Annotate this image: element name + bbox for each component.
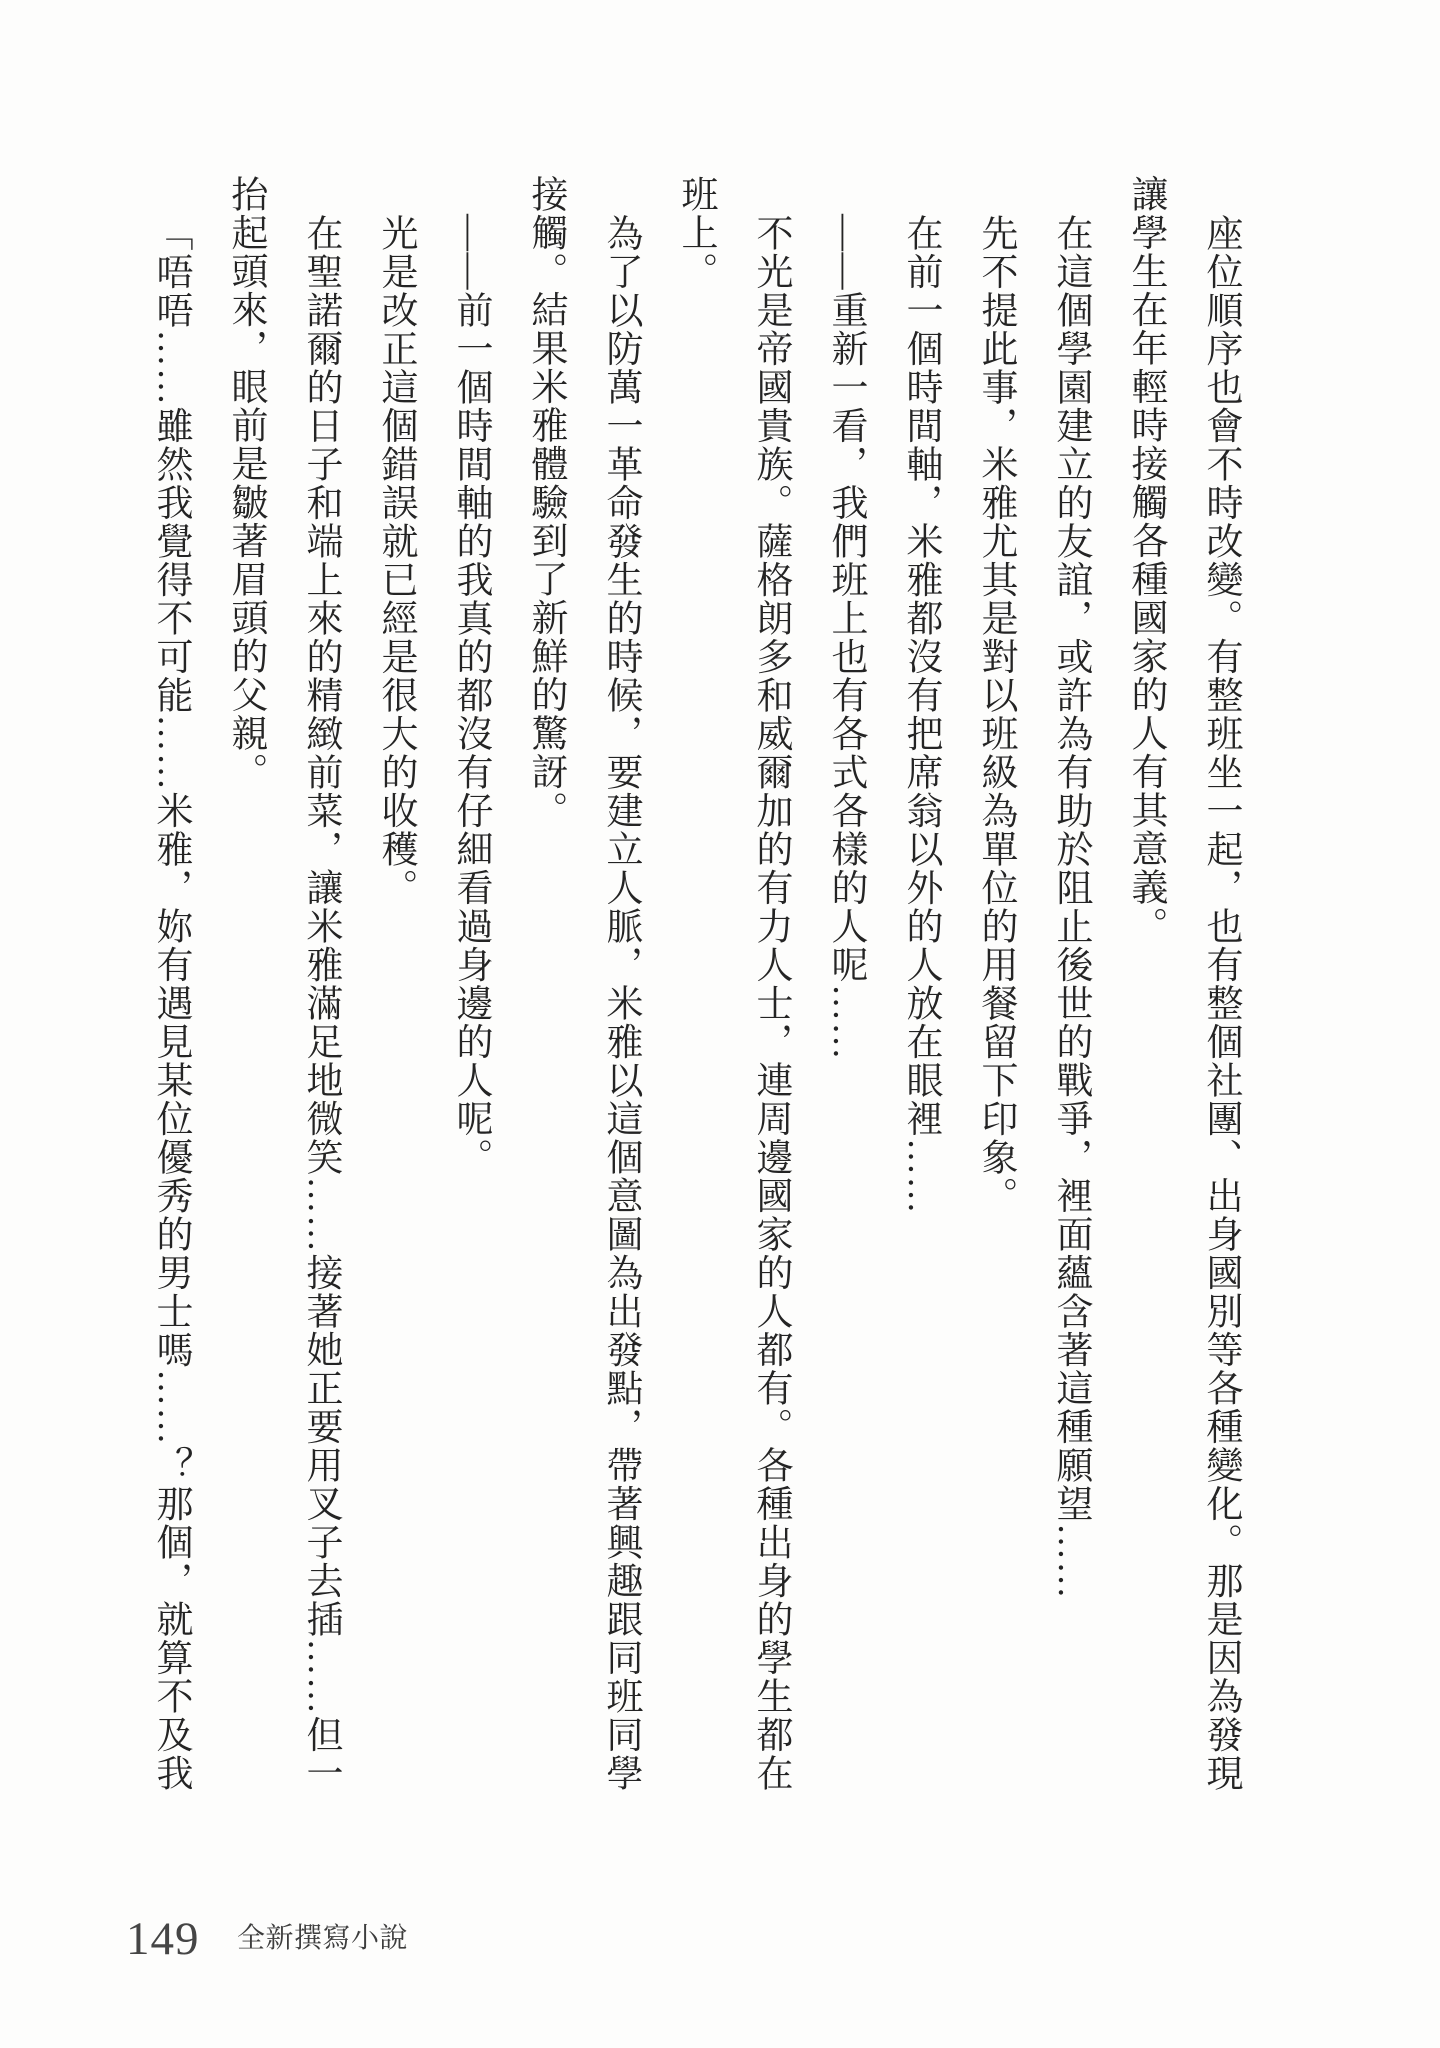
- section-title: 全新撰寫小說: [237, 1924, 408, 1952]
- paragraph-9: 光是改正這個錯誤就已經是很大的收穫。: [358, 175, 433, 1805]
- book-page: 座位順序也會不時改變。有整班坐一起，也有整個社團、出身國別等各種變化。那是因為發…: [0, 0, 1440, 2048]
- paragraph-6: 不光是帝國貴族。薩格朗多和威爾加的有力人士，連周邊國家的人都有。各種出身的學生都…: [658, 175, 808, 1805]
- paragraph-1: 座位順序也會不時改變。有整班坐一起，也有整個社團、出身國別等各種變化。那是因為發…: [1108, 175, 1258, 1805]
- paragraph-8-monologue: ——前一個時間軸的我真的都沒有仔細看過身邊的人呢。: [433, 175, 508, 1805]
- paragraph-7: 為了以防萬一革命發生的時候，要建立人脈，米雅以這個意圖為出發點，帶著興趣跟同班同…: [508, 175, 658, 1805]
- paragraph-5-monologue: ——重新一看，我們班上也有各式各樣的人呢……: [808, 175, 883, 1805]
- page-footer: 149 全新撰寫小說: [0, 1908, 1440, 1988]
- paragraph-11-dialogue: 「唔唔……雖然我覺得不可能……米雅，妳有遇見某位優秀的男士嗎……？那個，就算不及…: [133, 175, 208, 1805]
- page-number: 149: [126, 1916, 200, 1963]
- paragraph-2: 在這個學園建立的友誼，或許為有助於阻止後世的戰爭，裡面蘊含著這種願望……: [1033, 175, 1108, 1805]
- paragraph-10: 在聖諾爾的日子和端上來的精緻前菜，讓米雅滿足地微笑……接著她正要用叉子去插……但…: [208, 175, 358, 1805]
- paragraph-3: 先不提此事，米雅尤其是對以班級為單位的用餐留下印象。: [958, 175, 1033, 1805]
- paragraph-4: 在前一個時間軸，米雅都沒有把席翁以外的人放在眼裡……: [883, 175, 958, 1805]
- vertical-text-block: 座位順序也會不時改變。有整班坐一起，也有整個社團、出身國別等各種變化。那是因為發…: [133, 175, 1258, 1805]
